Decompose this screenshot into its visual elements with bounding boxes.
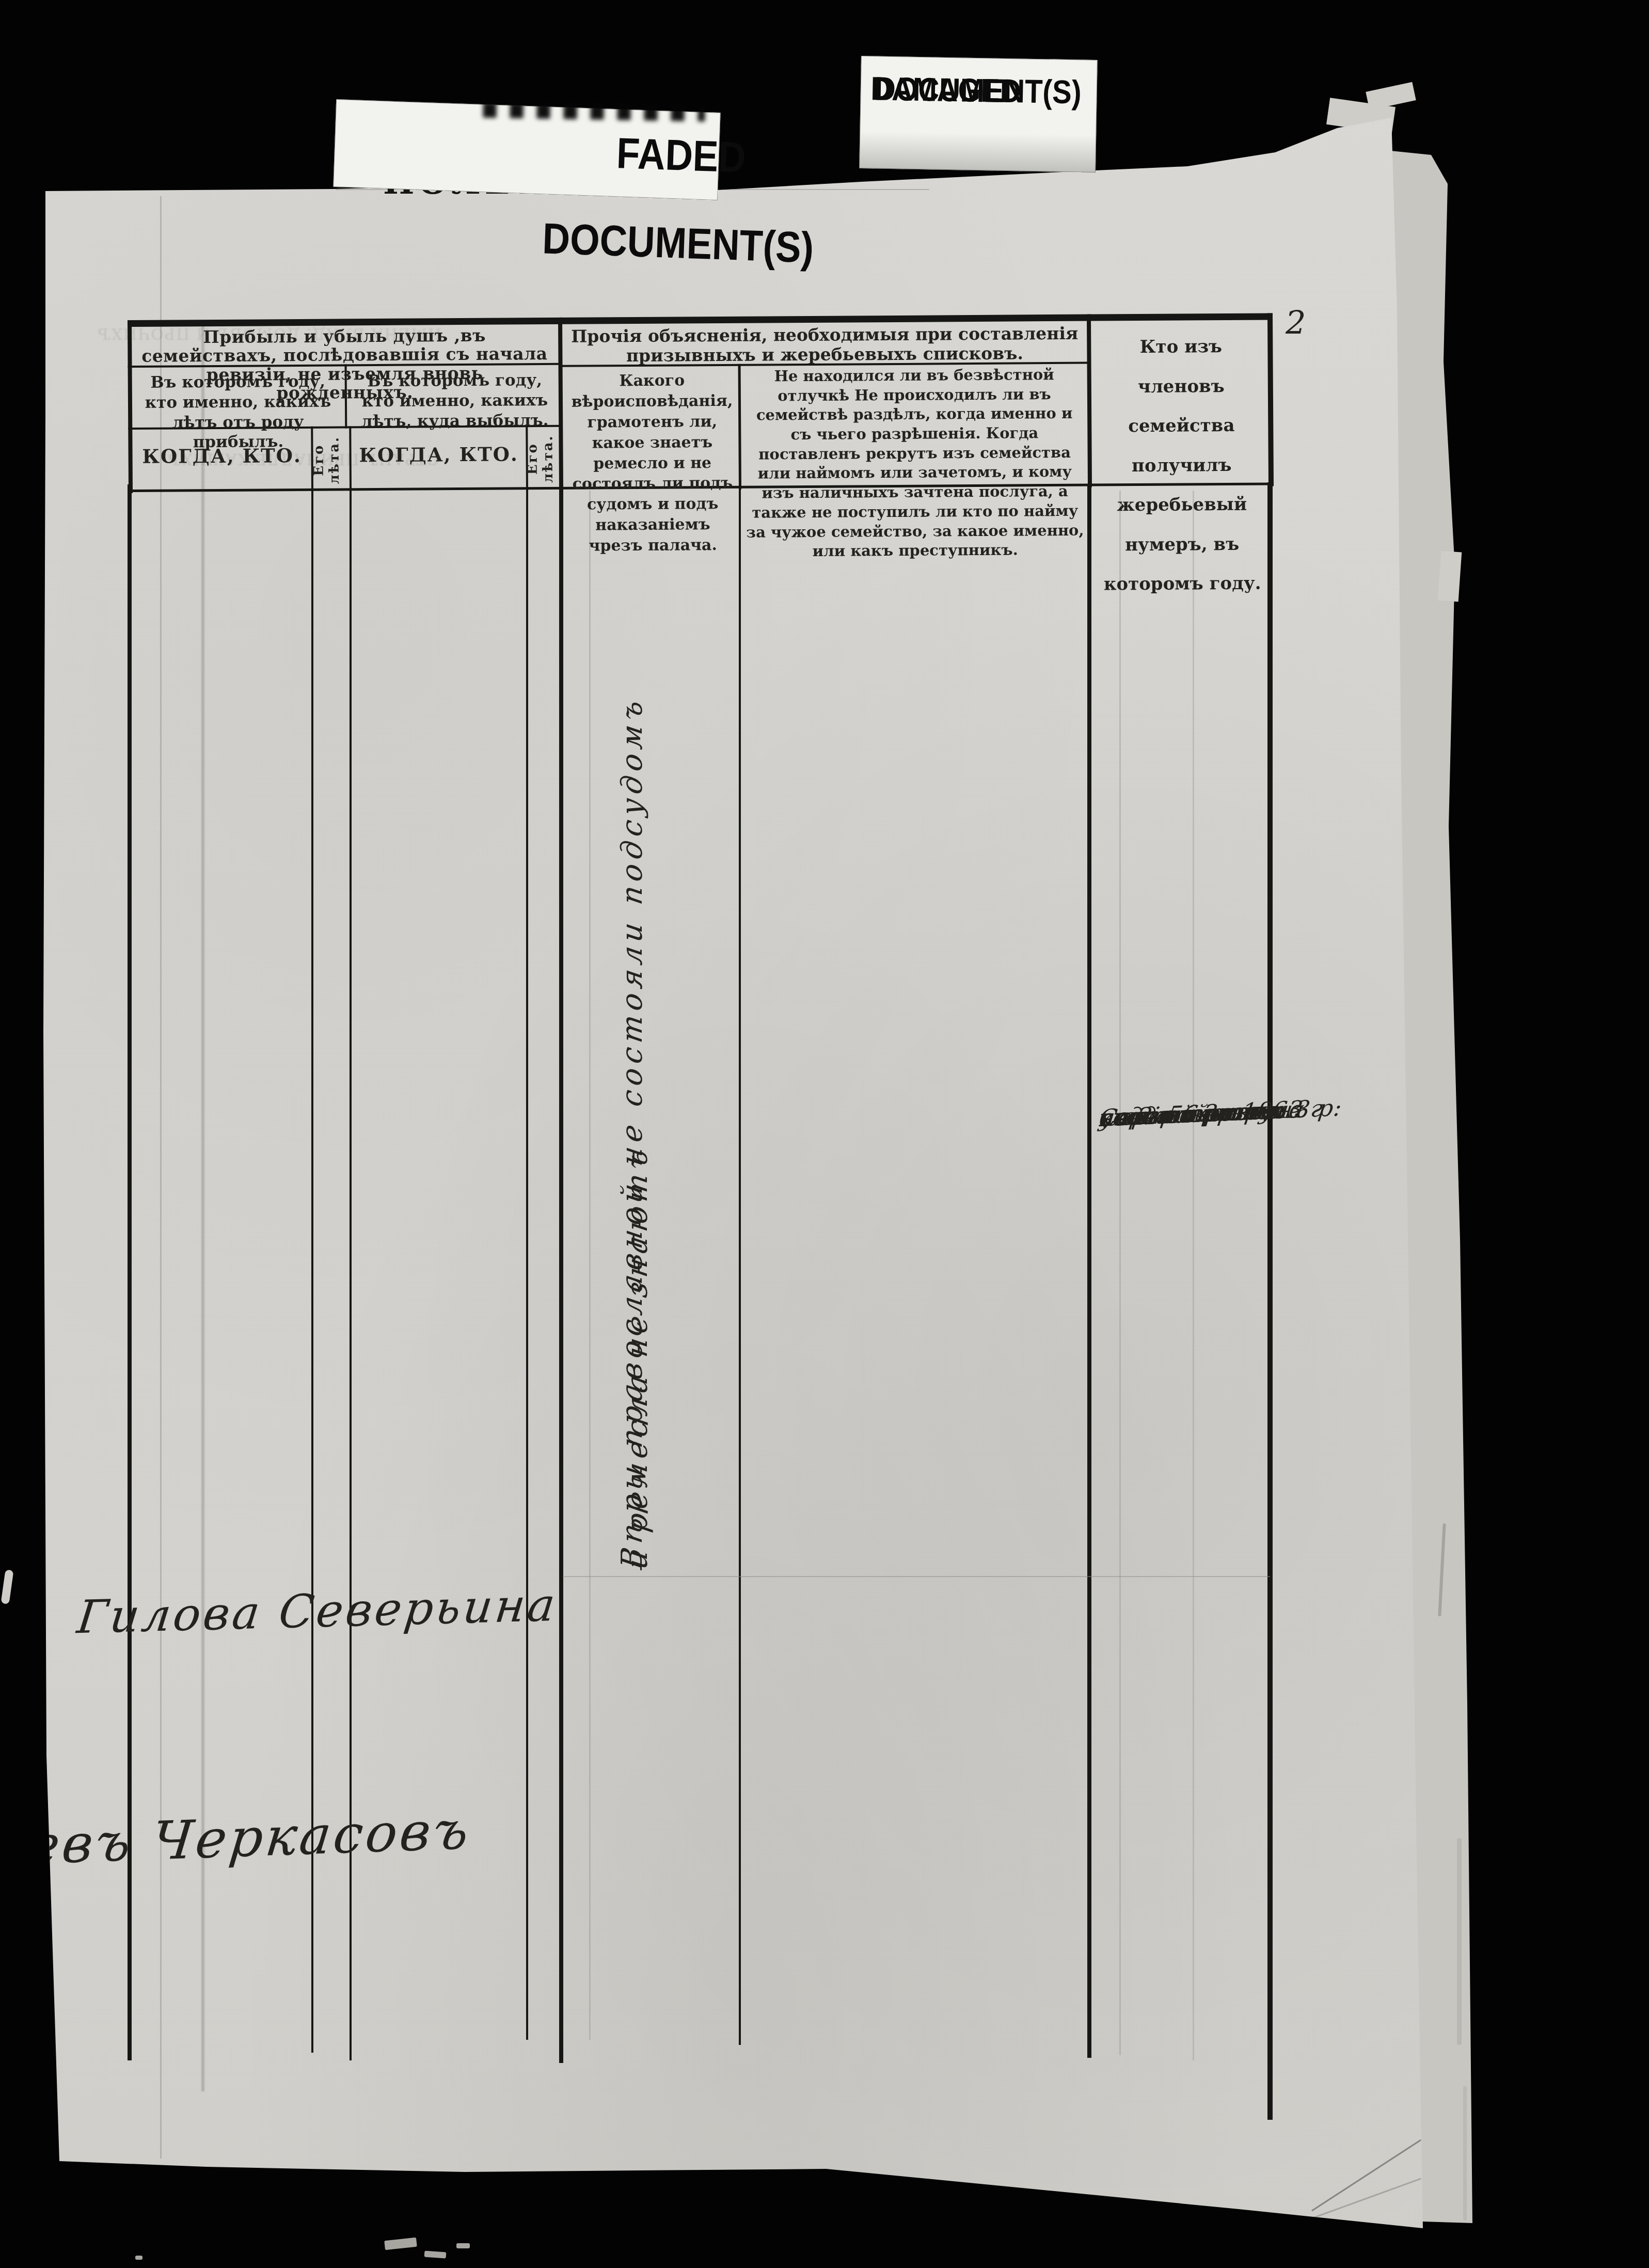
vertical-crease xyxy=(1119,491,1121,2055)
torn-edge-streak xyxy=(1457,1838,1462,2045)
bottom-speck xyxy=(384,2238,417,2250)
column-line xyxy=(739,487,741,2045)
header-col-arrived: Въ которомъ году, кто именно, какихъ лѣт… xyxy=(137,372,339,453)
column-divider xyxy=(1087,314,1092,487)
table-right-border xyxy=(1267,313,1274,486)
signature: евъ Черкасовъ xyxy=(25,1800,474,1877)
header-age-1: Его лѣта. xyxy=(311,429,352,490)
header-col-departed: Въ которомъ году, кто именно, какихъ лѣт… xyxy=(355,370,555,432)
header-when-who-1: КОГДА, КТО. xyxy=(135,444,308,468)
header-col-faith: Какого вѣроисповѣданія, грамотенъ ли, ка… xyxy=(569,370,736,557)
damaged-label-line2: DOCUMENT(S) xyxy=(874,67,1082,114)
margin-speck xyxy=(1,1569,13,1604)
header-middle-title: Прочія объясненія, необходимыя при соста… xyxy=(567,324,1082,366)
header-when-who-2: КОГДА, КТО. xyxy=(353,443,524,466)
signature: Гилова Северьина xyxy=(74,1578,560,1644)
faded-label-text: FADED DOCUMENT(S) xyxy=(541,106,818,291)
lot-number-note: Сергѣй въ 1863 г ушелъ призванъ по 2 раз… xyxy=(1099,1094,1279,1101)
column-divider xyxy=(738,364,741,490)
corner-fold-crease xyxy=(1311,2139,1421,2212)
column-line-thick xyxy=(559,484,563,2063)
lot-note-line: 3р. xyxy=(1097,1095,1243,1135)
table-right-border-body xyxy=(1267,482,1273,2120)
column-line-thick xyxy=(1087,484,1091,2058)
bottom-speck xyxy=(456,2243,470,2248)
damaged-document-label: DAMAGED DOCUMENT(S) xyxy=(859,56,1098,172)
torn-paper-bit xyxy=(1438,551,1462,602)
vertical-note-line: и ремесла не знаютъ xyxy=(621,637,654,1571)
header-col-lot: Кто изъ членовъ семейства получилъ жереб… xyxy=(1097,327,1266,604)
page-number: 2 xyxy=(1286,304,1306,341)
torn-edge-streak xyxy=(1463,2086,1467,2220)
column-line xyxy=(526,487,528,2040)
table-header: Прибыль и убыль душъ ,въ семействахъ, по… xyxy=(128,313,1274,493)
bottom-speck xyxy=(135,2256,142,2260)
faint-pencil-rule xyxy=(563,1576,1270,1577)
vertical-crease xyxy=(589,491,591,2040)
scanned-document-viewer: ИМЕНА ВЛАД. ДОМОВЪ И ПРОЧИХЪ СТРАНЪ ПРИН… xyxy=(0,0,1649,2268)
faded-document-label: FADED DOCUMENT(S) xyxy=(333,99,720,200)
vertical-crease xyxy=(1193,491,1194,2060)
table-left-border xyxy=(128,320,133,493)
header-col-absence: Не находился ли въ безвѣстной отлучкѣ Не… xyxy=(746,365,1084,562)
bottom-speck xyxy=(424,2251,447,2259)
header-age-2: Его лѣта. xyxy=(525,428,561,489)
table-top-border xyxy=(128,313,1273,327)
